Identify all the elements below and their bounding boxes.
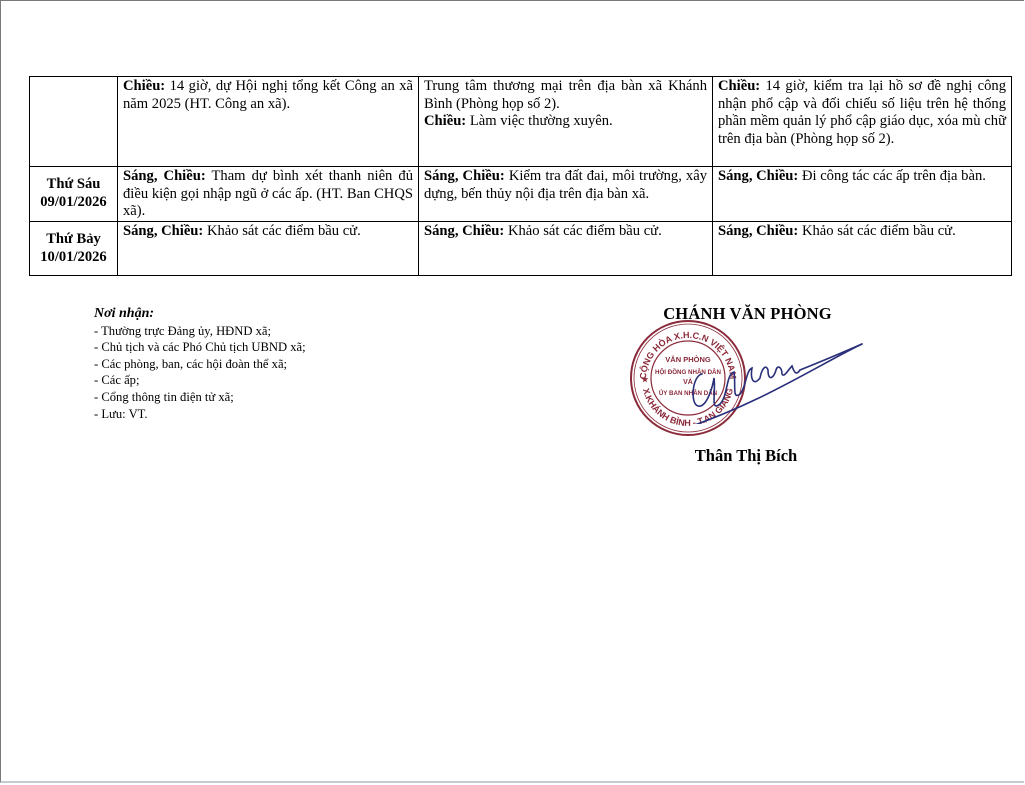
schedule-entry: Chiều: Làm việc thường xuyên.	[424, 113, 707, 131]
time-label: Sáng, Chiều:	[718, 168, 798, 184]
recipient-item: - Các ấp;	[94, 372, 306, 389]
schedule-cell: Sáng, Chiều: Đi công tác các ấp trên địa…	[713, 167, 1012, 222]
schedule-cell: Sáng, Chiều: Khảo sát các điểm bầu cử.	[419, 222, 713, 276]
entry-text: 14 giờ, dự Hội nghị tổng kết Công an xã …	[123, 78, 413, 112]
recipient-item: - Thường trực Đảng ủy, HĐND xã;	[94, 323, 306, 340]
table-row: Chiều: 14 giờ, dự Hội nghị tổng kết Công…	[30, 77, 1012, 167]
day-name: Thứ Sáu	[32, 176, 115, 194]
schedule-cell: Chiều: 14 giờ, kiểm tra lại hồ sơ đề ngh…	[713, 77, 1012, 167]
schedule-cell: Sáng, Chiều: Khảo sát các điểm bầu cử.	[713, 222, 1012, 276]
day-date: 10/01/2026	[32, 249, 115, 267]
signature-icon	[690, 334, 865, 424]
schedule-entry: Chiều: 14 giờ, kiểm tra lại hồ sơ đề ngh…	[718, 78, 1006, 148]
day-cell: Thứ Sáu09/01/2026	[30, 167, 118, 222]
recipient-item: - Chủ tịch và các Phó Chủ tịch UBND xã;	[94, 339, 306, 356]
schedule-entry: Chiều: 14 giờ, dự Hội nghị tổng kết Công…	[123, 78, 413, 113]
time-label: Sáng, Chiều:	[424, 168, 505, 184]
schedule-entry: Sáng, Chiều: Đi công tác các ấp trên địa…	[718, 168, 1006, 186]
table-row: Thứ Sáu09/01/2026Sáng, Chiều: Tham dự bì…	[30, 167, 1012, 222]
schedule-entry: Sáng, Chiều: Kiểm tra đất đai, môi trườn…	[424, 168, 707, 203]
day-cell: Thứ Bảy10/01/2026	[30, 222, 118, 276]
recipient-item: - Các phòng, ban, các hội đoàn thể xã;	[94, 356, 306, 373]
schedule-cell: Sáng, Chiều: Kiểm tra đất đai, môi trườn…	[419, 167, 713, 222]
entry-text: Khảo sát các điểm bầu cử.	[798, 223, 955, 239]
schedule-table: Chiều: 14 giờ, dự Hội nghị tổng kết Công…	[29, 76, 1012, 276]
recipients-title: Nơi nhận:	[94, 306, 306, 323]
schedule-cell: Chiều: 14 giờ, dự Hội nghị tổng kết Công…	[118, 77, 419, 167]
table-row: Thứ Bảy10/01/2026Sáng, Chiều: Khảo sát c…	[30, 222, 1012, 276]
svg-text:★: ★	[641, 375, 649, 384]
entry-text: 14 giờ, kiểm tra lại hồ sơ đề nghị công …	[718, 78, 1006, 147]
entry-text: Đi công tác các ấp trên địa bàn.	[798, 168, 986, 184]
time-label: Chiều:	[718, 78, 760, 94]
schedule-entry: Sáng, Chiều: Khảo sát các điểm bầu cử.	[123, 223, 413, 241]
entry-text: Làm việc thường xuyên.	[466, 113, 613, 129]
entry-text: Khảo sát các điểm bầu cử.	[504, 223, 661, 239]
entry-text: Trung tâm thương mại trên địa bàn xã Khá…	[424, 78, 707, 112]
time-label: Sáng, Chiều:	[424, 223, 504, 239]
schedule-cell: Trung tâm thương mại trên địa bàn xã Khá…	[419, 77, 713, 167]
schedule-entry: Sáng, Chiều: Tham dự bình xét thanh niên…	[123, 168, 413, 221]
time-label: Sáng, Chiều:	[123, 168, 206, 184]
schedule-cell: Sáng, Chiều: Khảo sát các điểm bầu cử.	[118, 222, 419, 276]
recipients-list: - Thường trực Đảng ủy, HĐND xã;- Chủ tịc…	[94, 323, 306, 423]
day-name: Thứ Bảy	[32, 231, 115, 249]
day-date: 09/01/2026	[32, 194, 115, 212]
time-label: Chiều:	[123, 78, 165, 94]
recipients-block: Nơi nhận: - Thường trực Đảng ủy, HĐND xã…	[94, 306, 306, 422]
time-label: Sáng, Chiều:	[718, 223, 798, 239]
time-label: Chiều:	[424, 113, 466, 129]
time-label: Sáng, Chiều:	[123, 223, 203, 239]
entry-text: Khảo sát các điểm bầu cử.	[203, 223, 360, 239]
day-cell	[30, 77, 118, 167]
signer-name: Thân Thị Bích	[675, 446, 817, 466]
recipient-item: - Cổng thông tin điện tử xã;	[94, 389, 306, 406]
schedule-entry: Sáng, Chiều: Khảo sát các điểm bầu cử.	[424, 223, 707, 241]
schedule-entry: Sáng, Chiều: Khảo sát các điểm bầu cử.	[718, 223, 1006, 241]
schedule-cell: Sáng, Chiều: Tham dự bình xét thanh niên…	[118, 167, 419, 222]
schedule-entry: Trung tâm thương mại trên địa bàn xã Khá…	[424, 78, 707, 113]
recipient-item: - Lưu: VT.	[94, 406, 306, 423]
